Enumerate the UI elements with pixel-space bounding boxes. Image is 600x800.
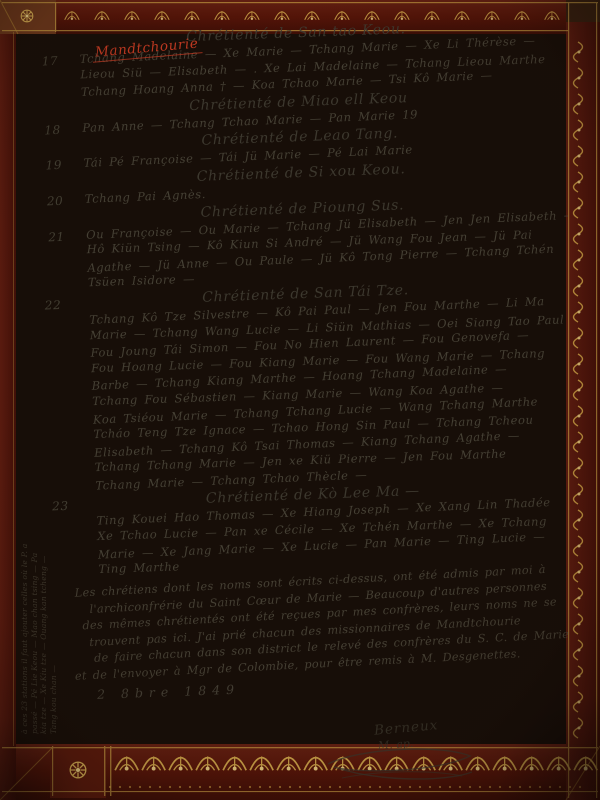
manuscript-page: Mandtchourie Chrétienté de San tao Keou.… [12,22,568,748]
text-flow: Chrétienté de San tao Keou.17Tchang Made… [21,22,559,704]
entry-number: 22 [44,297,61,315]
entry-names: Ting Marthe [98,560,180,577]
entry-number: 19 [45,157,62,174]
register-section: Chrétienté de Pioung Sus.21Ou Françoise … [27,192,544,294]
entry-number: 18 [44,122,61,139]
entry-names: Tsüen Isidore — [88,272,196,290]
entry-names: Tchang Pai Agnès. [85,187,207,206]
signature-block: Berneux M. ap. [312,714,492,794]
register-sections: Chrétienté de San tao Keou.17Tchang Made… [21,22,555,581]
closing-paragraph: Les chrétiens dont les noms sont écrits … [40,561,558,686]
signature-name: Berneux [373,717,439,739]
vertical-margin-note: à ces 23 stations il faut ajouter celles… [20,538,58,734]
manuscript-photo: Mandtchourie Chrétienté de San tao Keou.… [0,0,600,800]
register-section: 22Chrétienté de San Tái Tze.Tchang Kô Tz… [30,277,551,495]
entry-number: 20 [47,193,64,210]
signature-flourish [312,740,492,792]
